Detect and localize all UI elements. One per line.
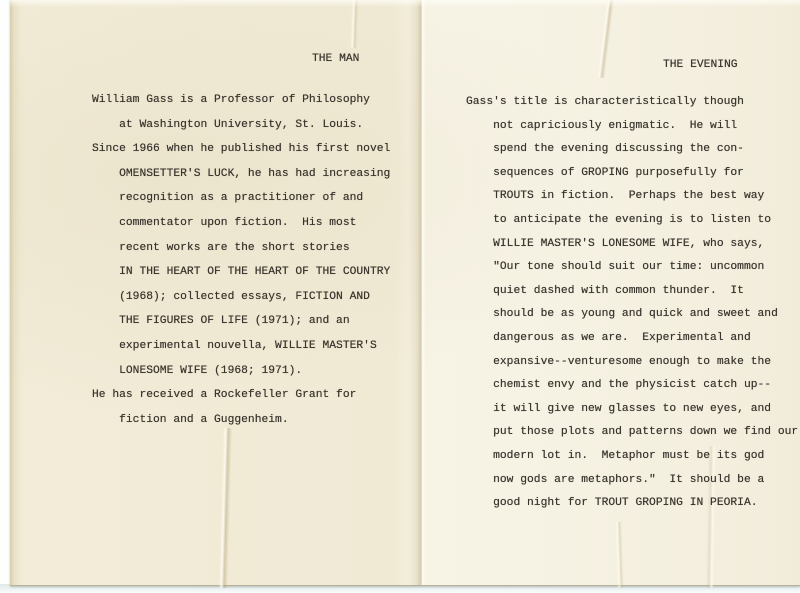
right-column-body-text: Gass's title is characteristically thoug…: [466, 91, 798, 516]
left-column-heading: THE MAN: [312, 52, 359, 66]
fold-crease-bottom-right-inner: [615, 522, 624, 588]
right-column-heading: THE EVENING: [663, 58, 738, 72]
fold-crease-top-right: [597, 0, 615, 78]
left-column-body-text: William Gass is a Professor of Philosoph…: [92, 88, 390, 432]
fold-crease-bottom-left: [219, 428, 232, 588]
fold-crease-center: [408, 0, 426, 585]
fold-crease-top-center: [350, 0, 359, 48]
scanned-document: THE MAN THE EVENING William Gass is a Pr…: [0, 0, 800, 593]
